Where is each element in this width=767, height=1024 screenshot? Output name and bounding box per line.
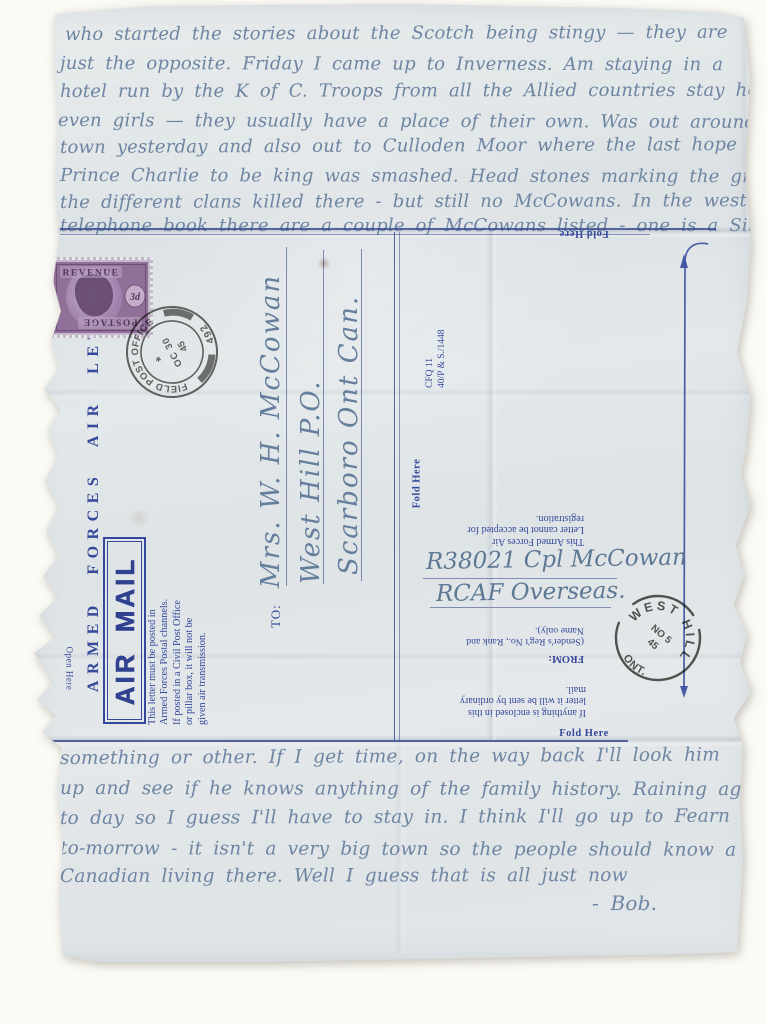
letter-line: who started the stories about the Scotch… [65, 22, 728, 45]
letter-line: Prince Charlie to be king was smashed. H… [60, 165, 767, 187]
letter-sheet: who started the stories about the Scotch… [30, 2, 756, 964]
from-block: FROM: (Sender's Reg't No., Rank and Name… [442, 616, 584, 664]
to-label: TO: [268, 594, 284, 628]
center-fold-line-2 [399, 232, 400, 741]
posting-notice-line: If posted in a Civil Post Office [172, 533, 184, 725]
from-hint-line: (Sender's Reg't No., Rank and [442, 636, 584, 648]
fpo-star: * [152, 352, 168, 364]
arrow-up-icon [680, 254, 688, 268]
from-label: FROM: [442, 652, 584, 664]
form-number-line: 40/P & S./1448 [437, 310, 449, 388]
scan-background: who started the stories about the Scotch… [0, 0, 767, 1024]
west-hill-postmark: WEST HILL ONT. NO 5 45 [602, 582, 714, 694]
letter-line: just the opposite. Friday I came up to I… [60, 53, 723, 75]
scanned-air-letter: { "colors": { "paper": "#e2e6e8", "print… [0, 0, 767, 1024]
posting-notice-line: Armed Forces Postal channels. [159, 533, 171, 725]
registration-notice-line: This Armed Forces Air [432, 535, 584, 547]
letter-line: hotel run by the K of C. Troops from all… [60, 80, 767, 102]
open-here-label: Open Here [62, 639, 75, 699]
air-mail-box: AIR MAIL [103, 537, 146, 724]
enclosure-notice: If anything is enclosed in this letter i… [436, 682, 586, 718]
air-mail-label: AIR MAIL [108, 540, 142, 722]
registration-notice-line: registration. [432, 512, 584, 524]
svg-text:WEST HILL: WEST HILL [625, 582, 713, 666]
letter-line: up and see if he knows anything of the f… [60, 778, 767, 800]
to-address-line: Mrs. W. H. McCowan [256, 268, 282, 588]
form-number-line: CFQ 11 [425, 310, 437, 388]
posting-notice-line: or pillar box, it will not be [184, 533, 196, 725]
sender-rule-2 [430, 607, 611, 608]
letter-line: even girls — they usually have a place o… [58, 110, 767, 133]
wh-province: ONT. [619, 650, 651, 680]
wh-ring-text: WEST HILL [625, 582, 713, 666]
sender-unit: RCAF Overseas. [436, 578, 626, 607]
fold-line-bottom [36, 740, 628, 742]
letter-line: to-morrow - it isn't a very big town so … [60, 838, 736, 861]
to-address-line: West Hill P.O. [296, 326, 322, 584]
fold-here-middle-label: Fold Here [412, 452, 425, 516]
fold-here-top-label: Fold Here [552, 226, 616, 239]
letter-line: to day so I guess I'll have to stay in. … [60, 806, 730, 829]
letter-line: Canadian living there. Well I guess that… [60, 865, 628, 887]
address-rule-1 [286, 247, 287, 586]
enclosure-notice-line: mail. [436, 683, 586, 695]
posting-notice: This letter must be posted in Armed Forc… [147, 533, 209, 725]
registration-notice-line: Letter cannot be accepted for [432, 524, 584, 536]
enclosure-notice-line: letter it will be sent by ordinary [436, 695, 586, 707]
fold-here-bottom-label: Fold Here [552, 728, 616, 741]
stamp-revenue-text: REVENUE [63, 269, 120, 279]
posting-notice-line: This letter must be posted in [147, 533, 159, 725]
svg-text:492: 492 [196, 320, 218, 347]
field-post-office-postmark: FIELD POST OFFICE 492 * OC 30 45 [107, 287, 237, 417]
letter-line: town yesterday and also out to Culloden … [60, 134, 767, 158]
from-hint-line: Name only). [442, 624, 584, 636]
signature: - Bob. [592, 891, 657, 915]
center-fold-line [394, 232, 395, 741]
posting-notice-line: given air transmission. [197, 533, 209, 725]
form-number: CFQ 11 40/P & S./1448 [425, 310, 449, 388]
letter-line: telephone book there are a couple of McC… [60, 215, 757, 236]
letter-line: the different clans killed there - but s… [60, 190, 767, 213]
registration-notice: This Armed Forces Air Letter cannot be a… [432, 512, 584, 547]
to-address-line: Scarboro Ont Can. [334, 299, 360, 575]
paper-stain [126, 510, 152, 526]
letter-line: something or other. If I get time, on th… [60, 745, 720, 769]
svg-text:ONT.: ONT. [619, 650, 651, 680]
fpo-number: 492 [196, 320, 218, 347]
enclosure-notice-line: If anything is enclosed in this [436, 706, 586, 718]
fold-line-top [60, 228, 716, 230]
sender-service-number: R38021 Cpl McCowan [426, 544, 687, 575]
